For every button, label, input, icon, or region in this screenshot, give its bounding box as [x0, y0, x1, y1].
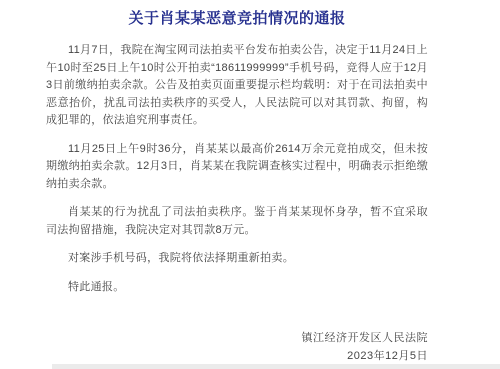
notice-signature-block: 镇江经济开发区人民法院 2023年12月5日	[46, 330, 428, 365]
notice-paragraph-3: 肖某某的行为扰乱了司法拍卖秩序。鉴于肖某某现怀身孕，暂不宜采取司法拘留措施，我院…	[46, 204, 428, 239]
notice-paragraph-5: 特此通报。	[46, 279, 428, 297]
notice-title: 关于肖某某恶意竞拍情况的通报	[46, 8, 428, 30]
notice-document: 关于肖某某恶意竞拍情况的通报 11月7日，我院在淘宝网司法拍卖平台发布拍卖公告，…	[0, 0, 500, 369]
notice-date: 2023年12月5日	[46, 348, 428, 366]
notice-paragraph-2: 11月25日上午9时36分，肖某某以最高价2614万余元竞拍成交，但未按期缴纳拍…	[46, 141, 428, 194]
notice-paragraph-1: 11月7日，我院在淘宝网司法拍卖平台发布拍卖公告，决定于11月24日上午10时至…	[46, 42, 428, 130]
notice-paragraph-4: 对案涉手机号码，我院将依法择期重新拍卖。	[46, 250, 428, 268]
notice-signature: 镇江经济开发区人民法院	[46, 330, 428, 348]
bottom-edge-bar	[52, 364, 500, 369]
